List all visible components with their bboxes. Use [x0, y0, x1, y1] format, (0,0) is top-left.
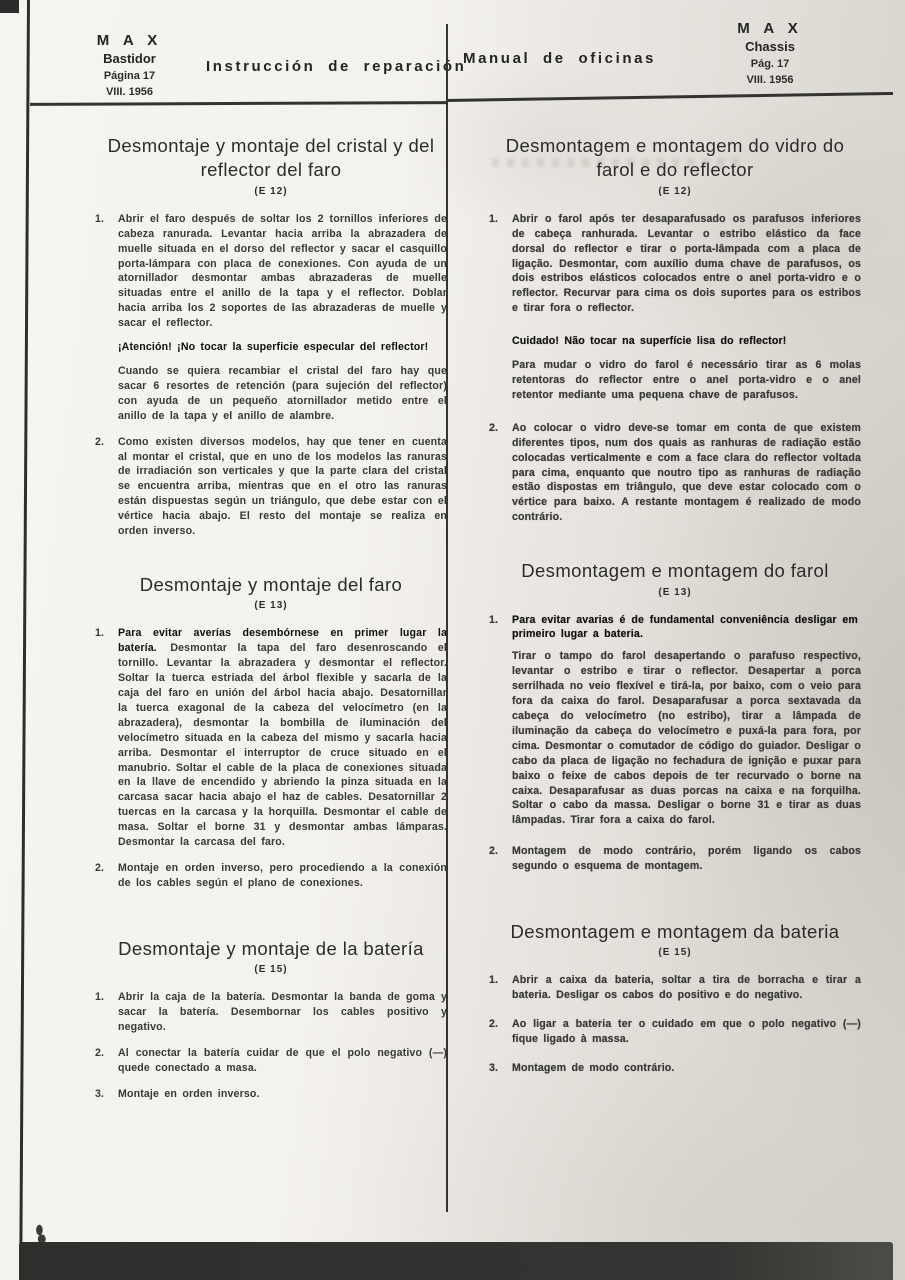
list-item: 1. Abrir o farol após ter desaparafusado… [489, 212, 861, 316]
item-text: Montaje en orden inverso. [118, 1088, 260, 1100]
note-text: Cuando se quiera recambiar el cristal de… [95, 364, 447, 424]
item-number: 2. [95, 1046, 104, 1061]
item-number: 1. [489, 212, 498, 227]
item-number: 1. [95, 990, 104, 1005]
item-number: 2. [489, 421, 498, 436]
list-item: 2. Al conectar la batería cuidar de que … [95, 1046, 447, 1076]
item-number: 3. [95, 1087, 104, 1102]
section-headlight-pt: Desmontagem e montagem do farol (E 13) 1… [489, 559, 861, 874]
portuguese-manual-title: Manual de oficinas [463, 50, 656, 67]
section-code: (E 12) [95, 186, 447, 197]
header-rule-right [446, 92, 893, 102]
item-text: Como existen diversos modelos, hay que t… [118, 436, 447, 537]
item-number: 2. [489, 844, 498, 859]
section-title: Desmontaje y montaje del cristal y del r… [95, 134, 447, 183]
item-number: 1. [95, 212, 104, 227]
header-left-block: M A X Bastidor Página 17 VIII. 1956 [72, 32, 187, 98]
warning-text: Cuidado! Não tocar na superfície lisa do… [489, 334, 861, 349]
date-right: VIII. 1956 [715, 74, 825, 87]
section-headlight-es: Desmontaje y montaje del faro (E 13) 1. … [95, 573, 447, 891]
list-item: 2. Ao colocar o vidro deve-se tomar em c… [489, 421, 861, 525]
scan-left-edge-line [19, 0, 30, 1248]
section-title: Desmontaje y montaje de la batería [95, 937, 447, 961]
list-item: 3. Montaje en orden inverso. [95, 1087, 447, 1102]
list-item: 1. Para evitar averías desembórnese en p… [95, 626, 447, 850]
section-code: (E 12) [489, 186, 861, 197]
portuguese-column: Desmontagem e montagem do vidro do farol… [489, 134, 861, 1076]
brand-left: M A X [72, 32, 187, 49]
section-code: (E 15) [489, 947, 861, 958]
item-text: Montagem de modo contrário, porém ligand… [512, 845, 861, 872]
model-left: Bastidor [72, 52, 187, 67]
header-right-block: M A X Chassis Pág. 17 VIII. 1956 [715, 20, 825, 86]
section-title: Desmontagem e montagem do farol [489, 559, 861, 583]
item-number: 2. [95, 861, 104, 876]
item-text: Desmontar la tapa del faro desenroscando… [118, 642, 447, 848]
item-text: Montagem de modo contrário. [512, 1062, 675, 1074]
model-right: Chassis [715, 40, 825, 55]
item-number: 1. [489, 973, 498, 988]
item-text: Al conectar la batería cuidar de que el … [118, 1047, 447, 1074]
item-text: Ao colocar o vidro deve-se tomar em cont… [512, 422, 861, 523]
list-item: 2. Montagem de modo contrário, porém lig… [489, 844, 861, 874]
brand-right: M A X [715, 20, 825, 37]
list-item: 1. Abrir a caixa da bateria, soltar a ti… [489, 973, 861, 1003]
spanish-column: Desmontaje y montaje del cristal y del r… [95, 134, 447, 1102]
page-number-right: Pág. 17 [715, 58, 825, 71]
header-rule-left [30, 101, 448, 106]
item-number: 2. [489, 1017, 498, 1032]
item-lead-bold: Para evitar avarias é de fundamental con… [512, 613, 858, 643]
scanned-manual-page: M A X Bastidor Página 17 VIII. 1956 Inst… [0, 0, 905, 1280]
list-item: 1. Para evitar avarias é de fundamental … [489, 613, 861, 829]
warning-text: ¡Atención! ¡No tocar la superficie espec… [95, 340, 447, 355]
list-item: 1. Abrir la caja de la batería. Desmonta… [95, 990, 447, 1035]
date-left: VIII. 1956 [72, 86, 187, 99]
item-text: Abrir a caixa da bateria, soltar a tira … [512, 974, 861, 1001]
scan-bottom-band [19, 1242, 893, 1280]
item-text: Montaje en orden inverso, pero procedien… [118, 862, 447, 889]
list-item: 2. Como existen diversos modelos, hay qu… [95, 435, 447, 539]
section-headlight-glass-es: Desmontaje y montaje del cristal y del r… [95, 134, 447, 539]
section-title: Desmontaje y montaje del faro [95, 573, 447, 597]
section-code: (E 15) [95, 964, 447, 975]
list-item: 3. Montagem de modo contrário. [489, 1061, 861, 1076]
item-text: Ao ligar a bateria ter o cuidado em que … [512, 1018, 861, 1045]
item-text: Tirar o tampo do farol desapertando o pa… [512, 649, 861, 828]
spanish-manual-title: Instrucción de reparación [206, 58, 466, 75]
section-code: (E 13) [95, 600, 447, 611]
section-battery-es: Desmontaje y montaje de la batería (E 15… [95, 937, 447, 1102]
section-battery-pt: Desmontagem e montagem da bateria (E 15)… [489, 920, 861, 1076]
section-headlight-glass-pt: Desmontagem e montagem do vidro do farol… [489, 134, 861, 525]
section-code: (E 13) [489, 587, 861, 598]
page-number-left: Página 17 [72, 70, 187, 83]
item-text: Abrir el faro después de soltar los 2 to… [118, 213, 447, 329]
note-text: Para mudar o vidro do farol é necessário… [489, 358, 861, 403]
section-title: Desmontagem e montagem do vidro do farol… [489, 134, 861, 183]
section-title: Desmontagem e montagem da bateria [489, 920, 861, 944]
scan-smudge [33, 1224, 49, 1244]
item-text: Abrir la caja de la batería. Desmontar l… [118, 991, 447, 1033]
item-number: 1. [489, 613, 498, 628]
item-number: 3. [489, 1061, 498, 1076]
item-number: 2. [95, 435, 104, 450]
list-item: 2. Ao ligar a bateria ter o cuidado em q… [489, 1017, 861, 1047]
item-number: 1. [95, 626, 104, 641]
item-text: Abrir o farol após ter desaparafusado os… [512, 213, 861, 314]
list-item: 1. Abrir el faro después de soltar los 2… [95, 212, 447, 331]
list-item: 2. Montaje en orden inverso, pero proced… [95, 861, 447, 891]
scan-corner-mark [0, 0, 19, 13]
